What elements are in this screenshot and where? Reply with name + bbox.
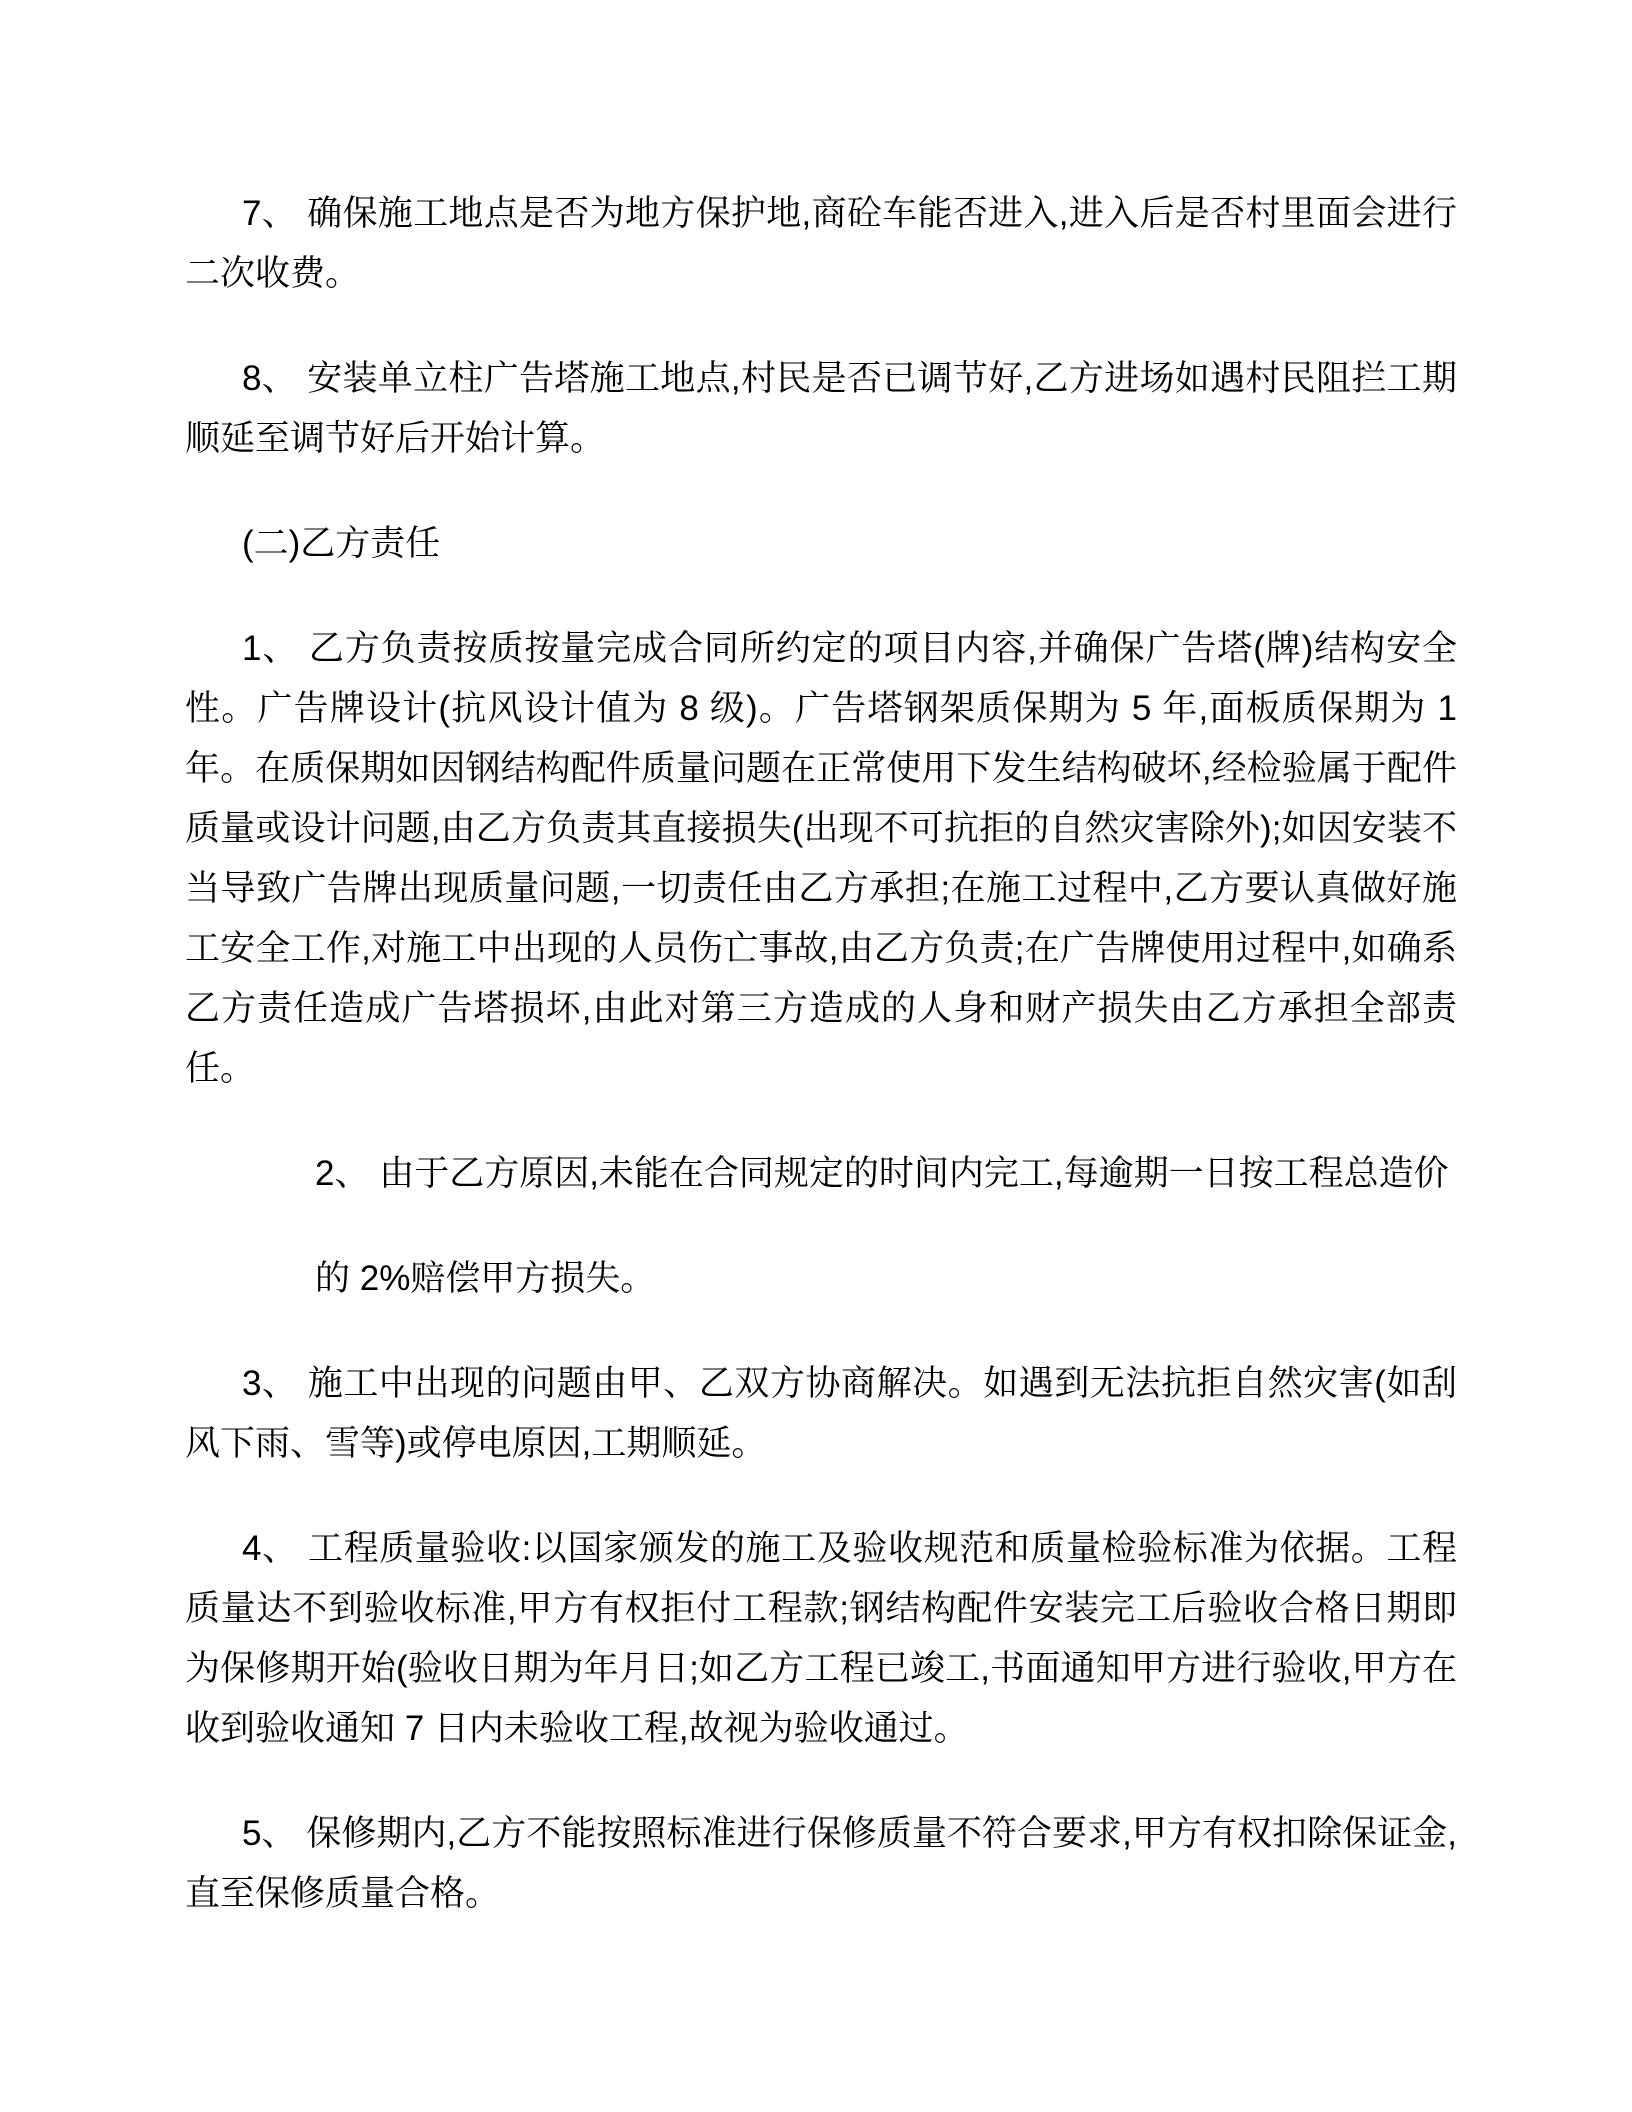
section-heading-party-b-responsibilities: (二)乙方责任 — [185, 514, 1457, 574]
clause-b3-paragraph: 3、 施工中出现的问题由甲、乙双方协商解决。如遇到无法抗拒自然灾害(如刮风下雨、… — [185, 1354, 1457, 1474]
clause-b2-paragraph-line2: 的 2%赔偿甲方损失。 — [185, 1249, 1457, 1309]
clause-7-paragraph: 7、 确保施工地点是否为地方保护地,商砼车能否进入,进入后是否村里面会进行二次收… — [185, 184, 1457, 304]
clause-b4-paragraph: 4、 工程质量验收:以国家颁发的施工及验收规范和质量检验标准为依据。工程质量达不… — [185, 1519, 1457, 1759]
clause-b1-paragraph: 1、 乙方负责按质按量完成合同所约定的项目内容,并确保广告塔(牌)结构安全性。广… — [185, 619, 1457, 1099]
clause-b5-paragraph: 5、 保修期内,乙方不能按照标准进行保修质量不符合要求,甲方有权扣除保证金,直至… — [185, 1804, 1457, 1924]
clause-8-paragraph: 8、 安装单立柱广告塔施工地点,村民是否已调节好,乙方进场如遇村民阻拦工期顺延至… — [185, 349, 1457, 469]
clause-b2-paragraph-line1: 2、 由于乙方原因,未能在合同规定的时间内完工,每逾期一日按工程总造价 — [185, 1144, 1457, 1204]
document-page: 7、 确保施工地点是否为地方保护地,商砼车能否进入,进入后是否村里面会进行二次收… — [0, 0, 1632, 2112]
